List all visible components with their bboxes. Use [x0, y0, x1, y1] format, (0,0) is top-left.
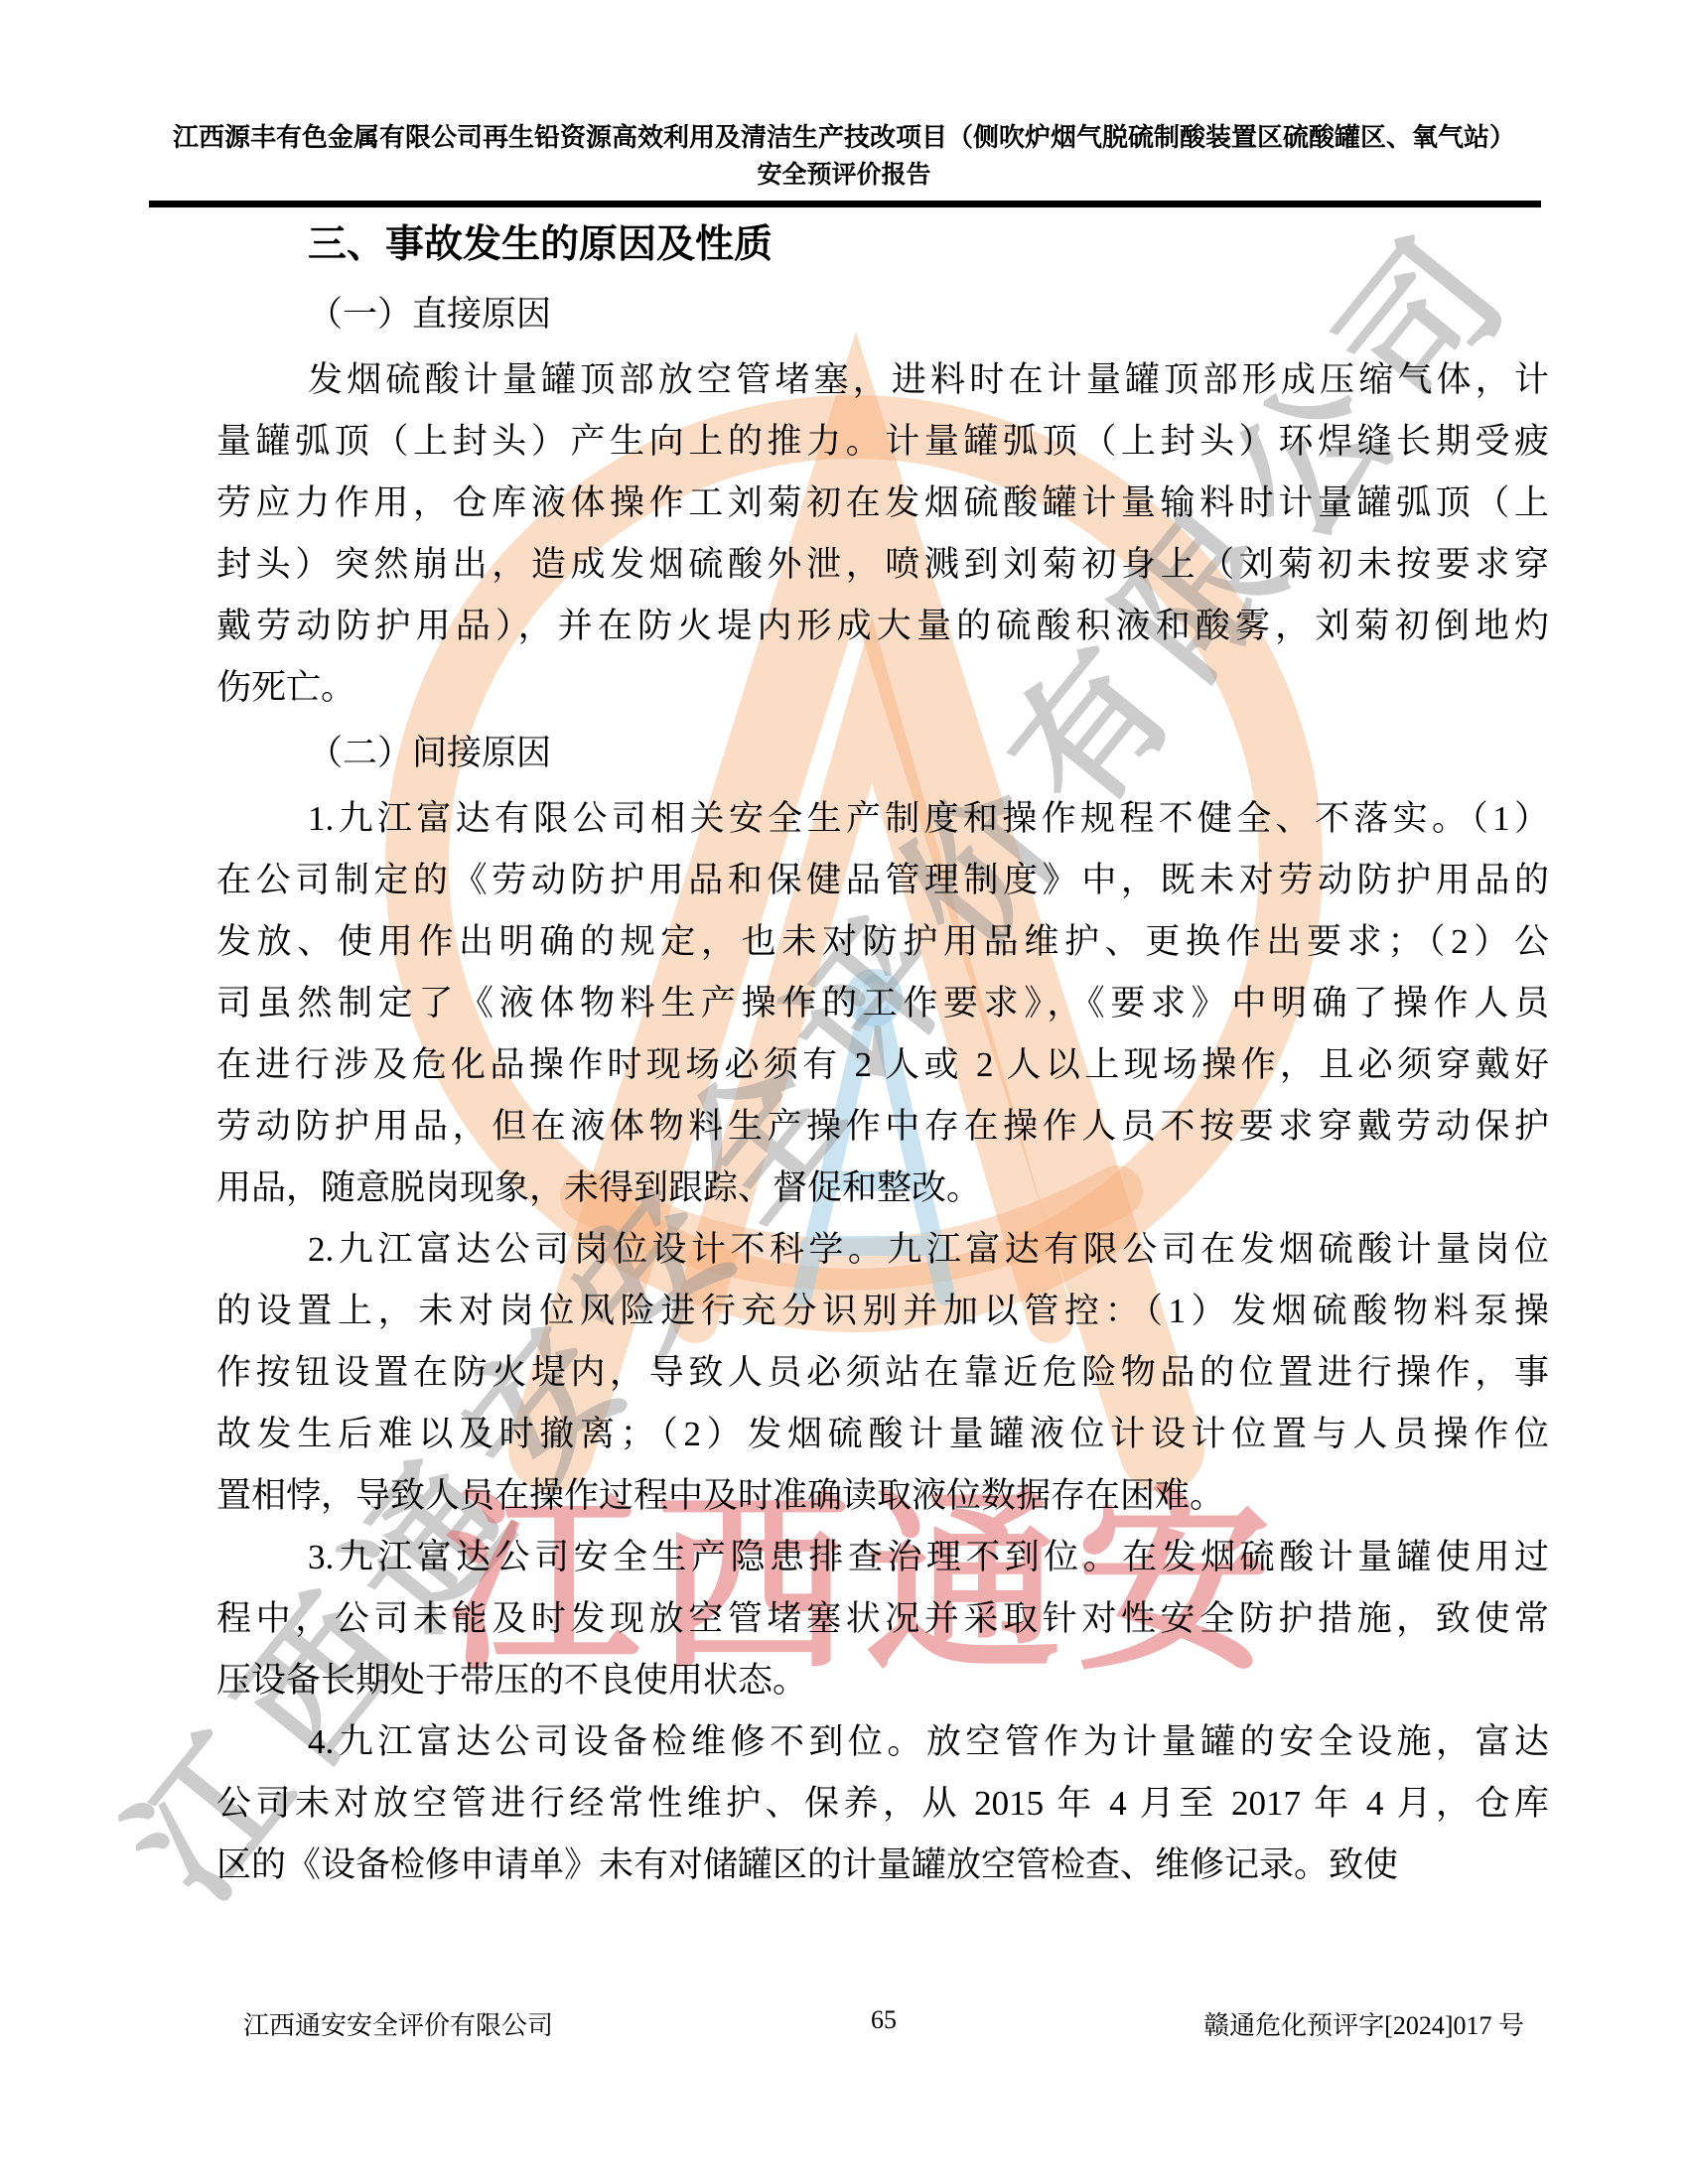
body-line-16: 用品，随意脱岗现象，未得到跟踪、督促和整改。: [216, 1158, 1549, 1219]
body-line-3: 发烟硫酸计量罐顶部放空管堵塞，进料时在计量罐顶部形成压缩气体，计: [216, 349, 1549, 411]
body-line-21: 置相悖，导致人员在操作过程中及时准确读取液位数据存在困难。: [216, 1465, 1549, 1527]
body-line-11: 在公司制定的《劳动防护用品和保健品管理制度》中，既未对劳动防护用品的: [216, 850, 1549, 911]
body-line-14: 在进行涉及危化品操作时现场必须有 2 人或 2 人以上现场操作，且必须穿戴好: [216, 1034, 1549, 1096]
body-line-18: 的设置上，未对岗位风险进行充分识别并加以管控：（1）发烟硫酸物料泵操: [216, 1281, 1549, 1342]
body-line-5: 劳应力作用，仓库液体操作工刘菊初在发烟硫酸罐计量输料时计量罐弧顶（上: [216, 473, 1549, 534]
body-lines: 三、事故发生的原因及性质（一）直接原因发烟硫酸计量罐顶部放空管堵塞，进料时在计量…: [216, 210, 1549, 1896]
header-divider: [149, 201, 1541, 207]
body-line-24: 压设备长期处于带压的不良使用状态。: [216, 1650, 1549, 1711]
body-line-9: （二）间接原因: [216, 719, 1549, 788]
body-line-19: 作按钮设置在防火堤内，导致人员必须站在靠近危险物品的位置进行操作，事: [216, 1342, 1549, 1404]
body-line-2: （一）直接原因: [216, 280, 1549, 349]
header-project-title: 江西源丰有色金属有限公司再生铅资源高效利用及清洁生产技改项目（侧吹炉烟气脱硫制酸…: [70, 119, 1618, 157]
report-page: 江西通安安全评价有限公司 江西通安 江西源丰有色金属有限公司再生铅资源高效利用及…: [0, 0, 1688, 2184]
body-line-12: 发放、使用作出明确的规定，也未对防护用品维护、更换作出要求；（2）公: [216, 911, 1549, 973]
body-line-23: 程中，公司未能及时发现放空管堵塞状况并采取针对性安全防护措施，致使常: [216, 1588, 1549, 1650]
body-line-22: 3.九江富达公司安全生产隐患排查治理不到位。在发烟硫酸计量罐使用过: [216, 1527, 1549, 1588]
body-line-7: 戴劳动防护用品），并在防火堤内形成大量的硫酸积液和酸雾，刘菊初倒地灼: [216, 596, 1549, 657]
body-line-1: 三、事故发生的原因及性质: [216, 210, 1549, 280]
body-line-15: 劳动防护用品，但在液体物料生产操作中存在操作人员不按要求穿戴劳动保护: [216, 1096, 1549, 1158]
body-line-10: 1.九江富达有限公司相关安全生产制度和操作规程不健全、不落实。（1）: [216, 788, 1549, 850]
body-line-20: 故发生后难以及时撤离；（2）发烟硫酸计量罐液位计设计位置与人员操作位: [216, 1404, 1549, 1465]
body-line-26: 公司未对放空管进行经常性维护、保养，从 2015 年 4 月至 2017 年 4…: [216, 1773, 1549, 1835]
body-line-6: 封头）突然崩出，造成发烟硫酸外泄，喷溅到刘菊初身上（刘菊初未按要求穿: [216, 534, 1549, 596]
body-line-25: 4.九江富达公司设备检维修不到位。放空管作为计量罐的安全设施，富达: [216, 1711, 1549, 1773]
body-line-8: 伤死亡。: [216, 657, 1549, 719]
body-line-27: 区的《设备检修申请单》未有对储罐区的计量罐放空管检查、维修记录。致使: [216, 1835, 1549, 1896]
page-header: 江西源丰有色金属有限公司再生铅资源高效利用及清洁生产技改项目（侧吹炉烟气脱硫制酸…: [70, 119, 1618, 195]
body-line-17: 2.九江富达公司岗位设计不科学。九江富达有限公司在发烟硫酸计量岗位: [216, 1219, 1549, 1281]
body-line-4: 量罐弧顶（上封头）产生向上的推力。计量罐弧顶（上封头）环焊缝长期受疲: [216, 411, 1549, 473]
footer-company: 江西通安安全评价有限公司: [243, 2005, 553, 2042]
footer-doc-number: 赣通危化预评字[2024]017 号: [1203, 2005, 1524, 2042]
page-footer: 65 江西通安安全评价有限公司 赣通危化预评字[2024]017 号: [243, 2005, 1524, 2042]
header-report-title: 安全预评价报告: [70, 157, 1618, 195]
body-line-13: 司虽然制定了《液体物料生产操作的工作要求》，《要求》中明确了操作人员: [216, 973, 1549, 1034]
